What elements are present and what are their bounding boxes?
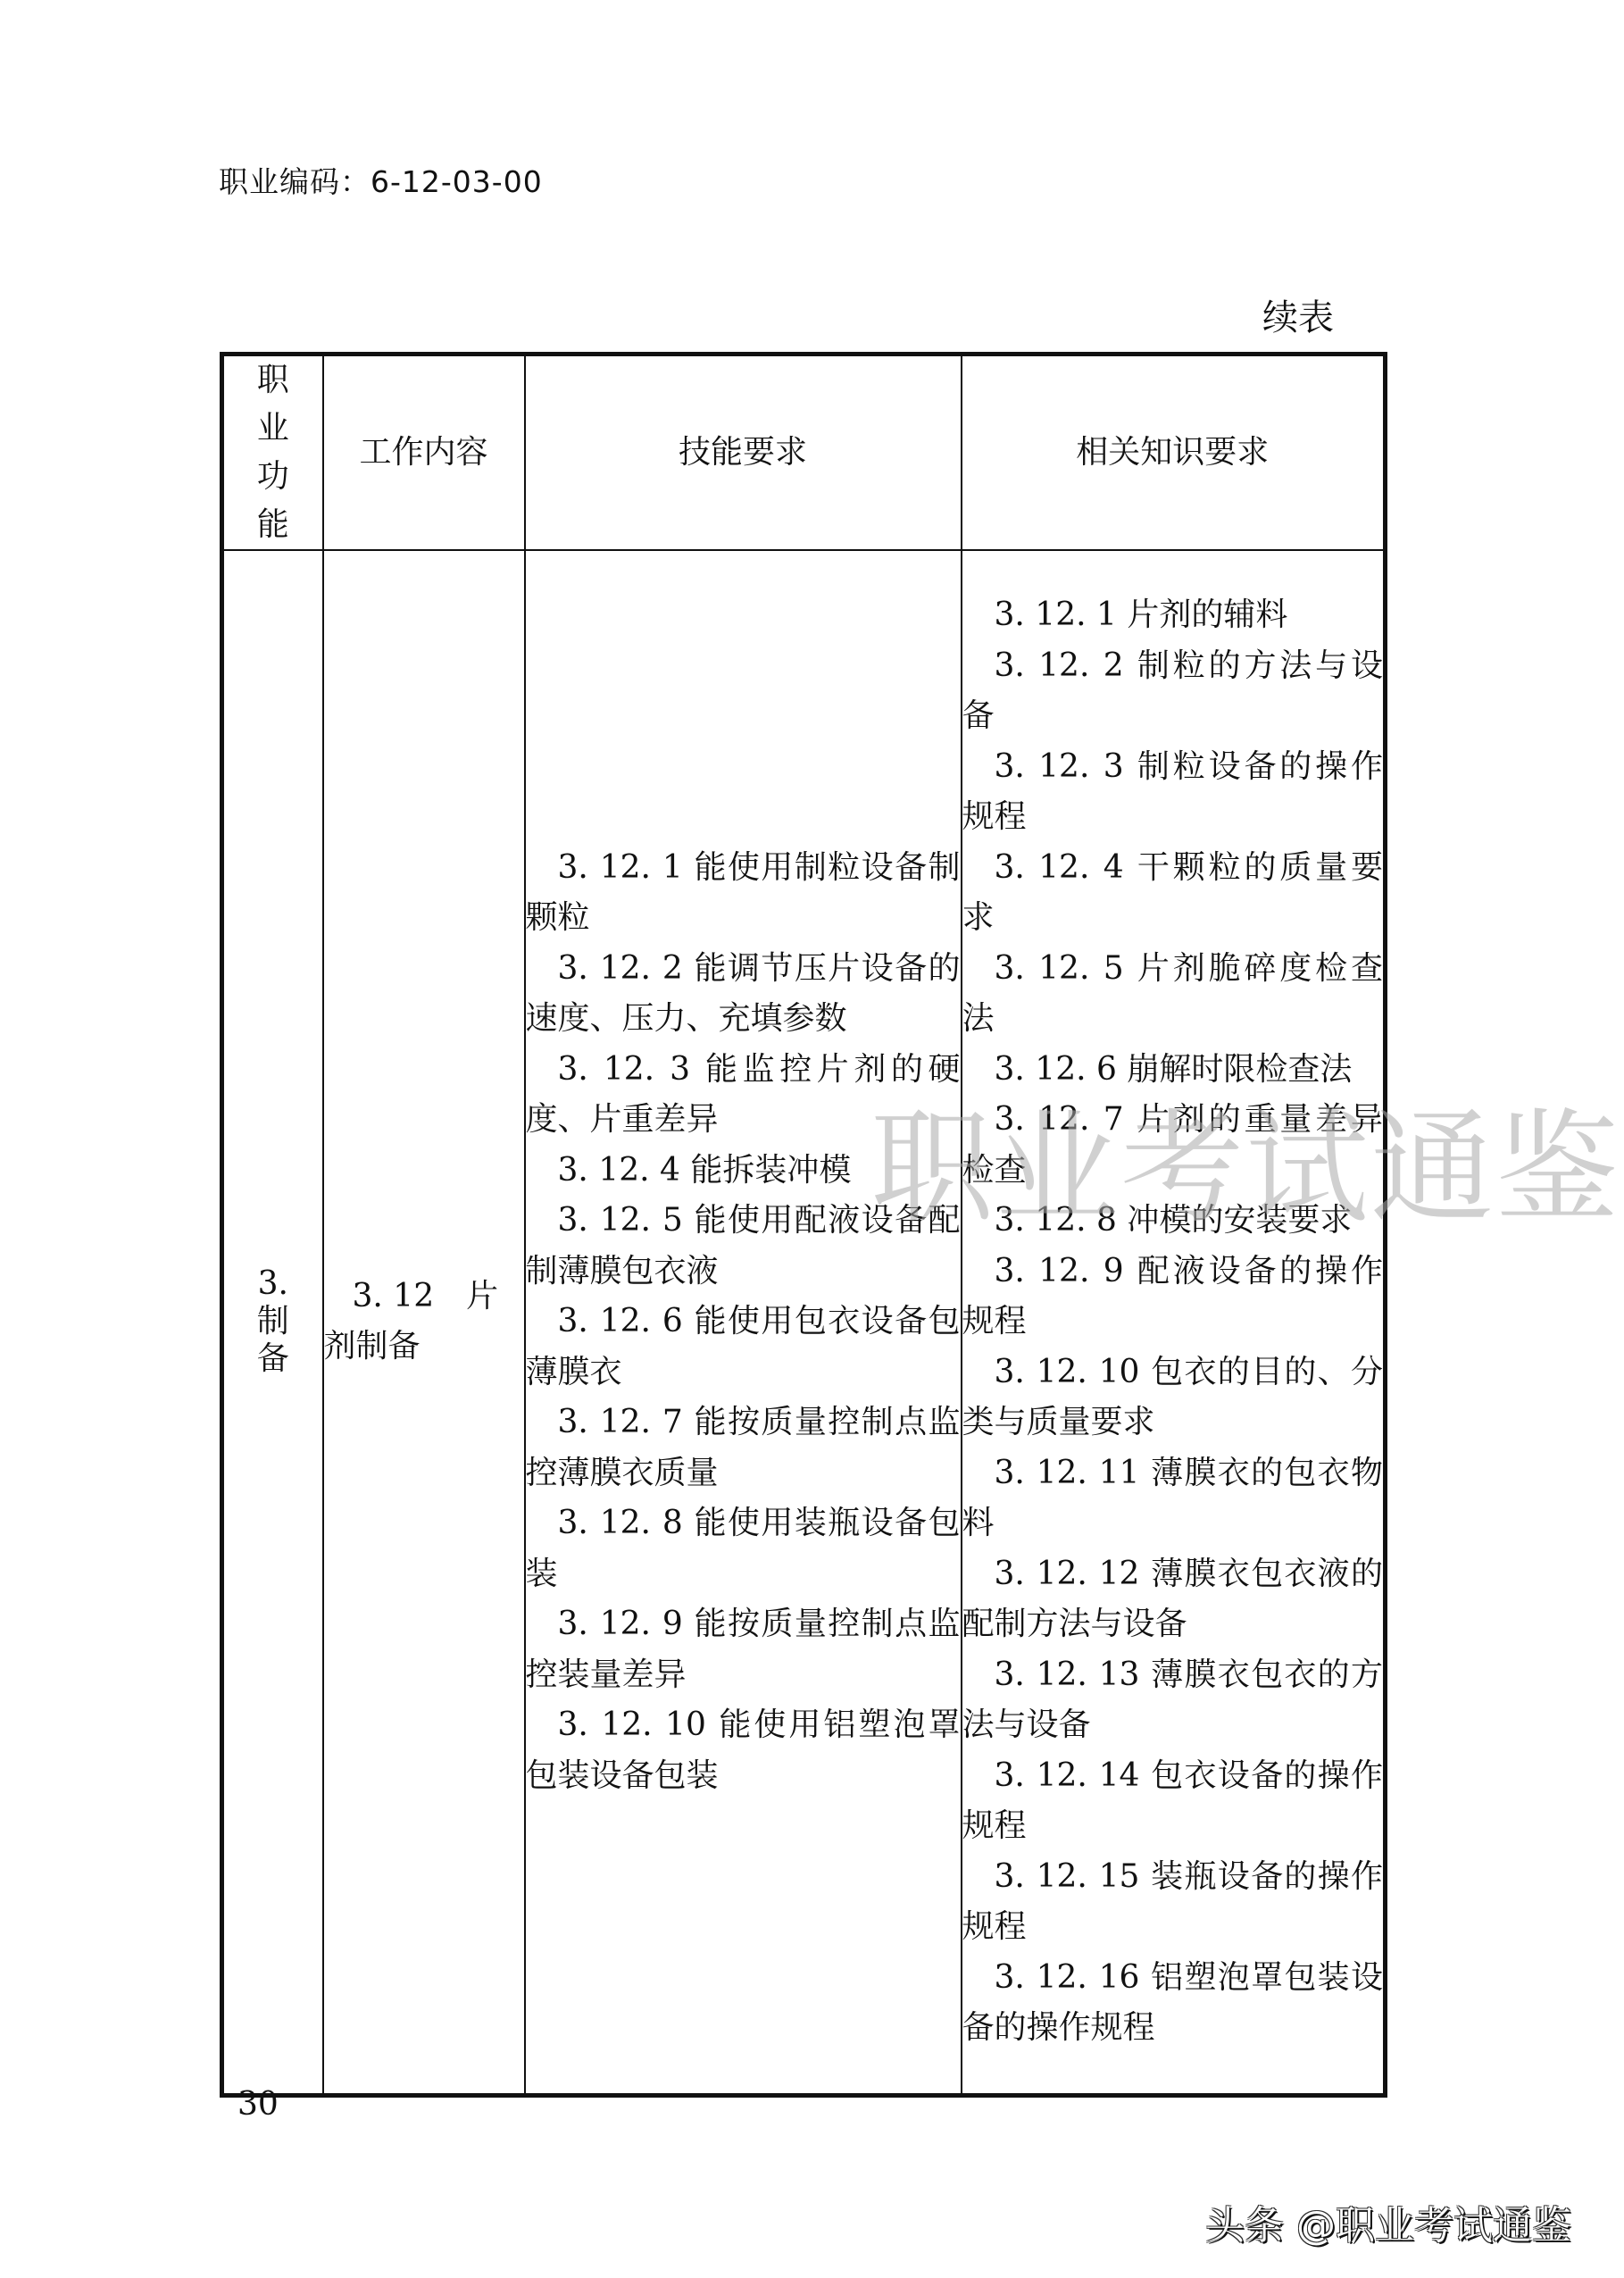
knowledge-item: 3. 12. 5 片剂脆碎度检查法: [962, 944, 1384, 1045]
column-header-function: 职业功能: [222, 355, 323, 551]
skill-item: 3. 12. 8 能使用装瓶设备包装: [526, 1498, 961, 1599]
cell-skills: 3. 12. 1 能使用制粒设备制颗粒 3. 12. 2 能调节压片设备的速度、…: [525, 550, 962, 2095]
knowledge-item: 3. 12. 9 配液设备的操作规程: [962, 1247, 1384, 1348]
column-header-skills: 技能要求: [525, 355, 962, 551]
table-row: 3. 制 备 3. 12 片 剂制备 3. 12. 1 能使用制粒设备制颗粒 3…: [222, 550, 1386, 2095]
skill-item: 3. 12. 9 能按质量控制点监控装量差异: [526, 1599, 961, 1700]
column-header-work-content: 工作内容: [323, 355, 525, 551]
cell-work-content: 3. 12 片 剂制备: [323, 550, 525, 2095]
function-line: 备: [224, 1340, 322, 1378]
page-number: 30: [237, 2086, 279, 2123]
knowledge-item: 3. 12. 15 装瓶设备的操作规程: [962, 1852, 1384, 1953]
table-header-row: 职业功能 工作内容 技能要求 相关知识要求: [222, 355, 1386, 551]
knowledge-item: 3. 12. 3 制粒设备的操作规程: [962, 742, 1384, 843]
work-content-line: 3. 12 片: [324, 1272, 524, 1322]
source-watermark: 头条 @职业考试通鉴: [1205, 2193, 1571, 2250]
occupation-code: 职业编码：6-12-03-00: [219, 159, 543, 201]
skill-item: 3. 12. 3 能监控片剂的硬度、片重差异: [526, 1045, 961, 1146]
skill-item: 3. 12. 10 能使用铝塑泡罩包装设备包装: [526, 1700, 961, 1801]
work-content-line: 剂制备: [324, 1322, 524, 1372]
knowledge-item: 3. 12. 4 干颗粒的质量要求: [962, 843, 1384, 944]
column-header-function-label: 职业功能: [246, 356, 300, 549]
skill-item: 3. 12. 5 能使用配液设备配制薄膜包衣液: [526, 1196, 961, 1297]
cell-function: 3. 制 备: [222, 550, 323, 2095]
knowledge-item: 3. 12. 14 包衣设备的操作规程: [962, 1751, 1384, 1852]
skill-item: 3. 12. 1 能使用制粒设备制颗粒: [526, 843, 961, 944]
knowledge-item: 3. 12. 13 薄膜衣包衣的方法与设备: [962, 1650, 1384, 1751]
knowledge-item: 3. 12. 2 制粒的方法与设备: [962, 641, 1384, 742]
column-header-knowledge: 相关知识要求: [962, 355, 1386, 551]
function-line: 3.: [224, 1265, 322, 1303]
continued-table-label: 续表: [1262, 289, 1334, 340]
skill-item: 3. 12. 2 能调节压片设备的速度、压力、充填参数: [526, 944, 961, 1045]
skill-item: 3. 12. 7 能按质量控制点监控薄膜衣质量: [526, 1398, 961, 1498]
skills-table: 职业功能 工作内容 技能要求 相关知识要求 3. 制 备 3. 12 片 剂制备…: [220, 352, 1387, 2098]
knowledge-item: 3. 12. 10 包衣的目的、分类与质量要求: [962, 1348, 1384, 1448]
knowledge-item: 3. 12. 11 薄膜衣的包衣物料: [962, 1448, 1384, 1549]
skill-item: 3. 12. 4 能拆装冲模: [526, 1146, 961, 1197]
knowledge-item: 3. 12. 1 片剂的辅料: [962, 590, 1384, 641]
knowledge-item: 3. 12. 6 崩解时限检查法: [962, 1045, 1384, 1096]
knowledge-item: 3. 12. 8 冲模的安装要求: [962, 1196, 1384, 1247]
knowledge-item: 3. 12. 12 薄膜衣包衣液的配制方法与设备: [962, 1549, 1384, 1650]
cell-knowledge: 3. 12. 1 片剂的辅料 3. 12. 2 制粒的方法与设备 3. 12. …: [962, 550, 1386, 2095]
knowledge-item: 3. 12. 7 片剂的重量差异检查: [962, 1095, 1384, 1196]
knowledge-item: 3. 12. 16 铝塑泡罩包装设备的操作规程: [962, 1953, 1384, 2054]
function-line: 制: [224, 1303, 322, 1340]
skill-item: 3. 12. 6 能使用包衣设备包薄膜衣: [526, 1297, 961, 1398]
